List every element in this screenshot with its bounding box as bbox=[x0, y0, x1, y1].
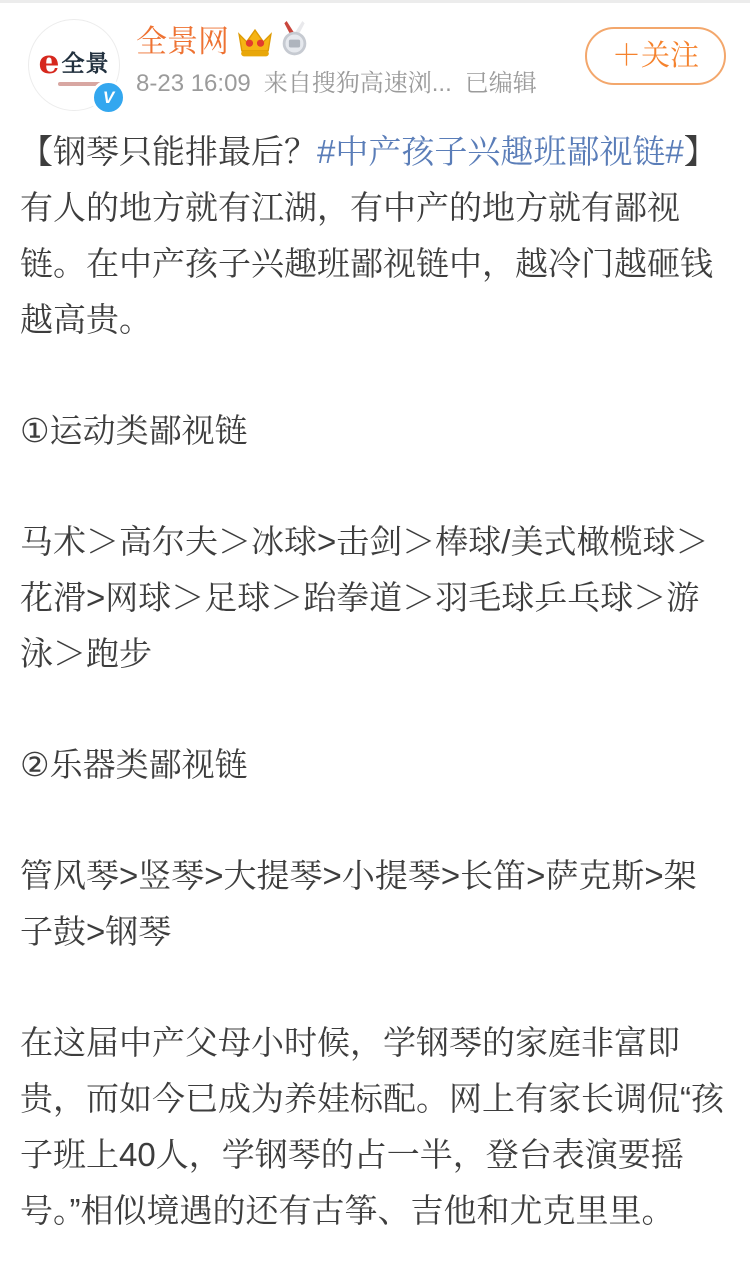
post-timestamp: 8-23 16:09 bbox=[136, 69, 251, 99]
qa-medal-icon bbox=[281, 27, 308, 58]
intro-prefix-text: 【钢琴只能排最后？ bbox=[20, 133, 317, 170]
author-block: 全景网 bbox=[136, 19, 573, 99]
post-paragraph-sports-heading: ①运动类鄙视链 bbox=[20, 403, 728, 459]
follow-button[interactable]: ＋关注 bbox=[585, 27, 726, 85]
avatar-logo-text: 全景 bbox=[62, 45, 110, 78]
post-paragraph-instruments-heading: ②乐器类鄙视链 bbox=[20, 737, 728, 793]
author-name[interactable]: 全景网 bbox=[136, 23, 229, 61]
post-header: e 全景 V 全景网 bbox=[0, 3, 750, 111]
post-paragraph-sports-chain: 马术＞高尔夫＞冰球>击剑＞棒球/美式橄榄球＞花滑>网球＞足球＞跆拳道＞羽毛球乒乓… bbox=[20, 514, 728, 682]
hashtag-link[interactable]: #中产孩子兴趣班鄙视链# bbox=[317, 133, 684, 170]
post-meta: 8-23 16:09 来自搜狗高速浏... 已编辑 bbox=[136, 69, 573, 99]
post-intro-paragraph: 【钢琴只能排最后？#中产孩子兴趣班鄙视链#】有人的地方就有江湖，有中产的地方就有… bbox=[20, 124, 728, 348]
post-source-link[interactable]: 来自搜狗高速浏... bbox=[264, 69, 452, 99]
post-content: 【钢琴只能排最后？#中产孩子兴趣班鄙视链#】有人的地方就有江湖，有中产的地方就有… bbox=[0, 111, 750, 1279]
panorama-logo-icon: e bbox=[39, 45, 60, 78]
edited-label: 已编辑 bbox=[465, 69, 537, 99]
post-paragraph-instruments-chain: 管风琴>竖琴>大提琴>小提琴>长笛>萨克斯>架子鼓>钢琴 bbox=[20, 848, 728, 960]
post-paragraph-closing: 在这届中产父母小时候，学钢琴的家庭非富即贵，而如今已成为养娃标配。网上有家长调侃… bbox=[20, 1015, 728, 1239]
verified-badge-icon: V bbox=[91, 80, 126, 115]
avatar[interactable]: e 全景 V bbox=[28, 19, 120, 111]
weibo-post-card: e 全景 V 全景网 bbox=[0, 0, 750, 1279]
vip-crown-icon bbox=[237, 27, 273, 58]
